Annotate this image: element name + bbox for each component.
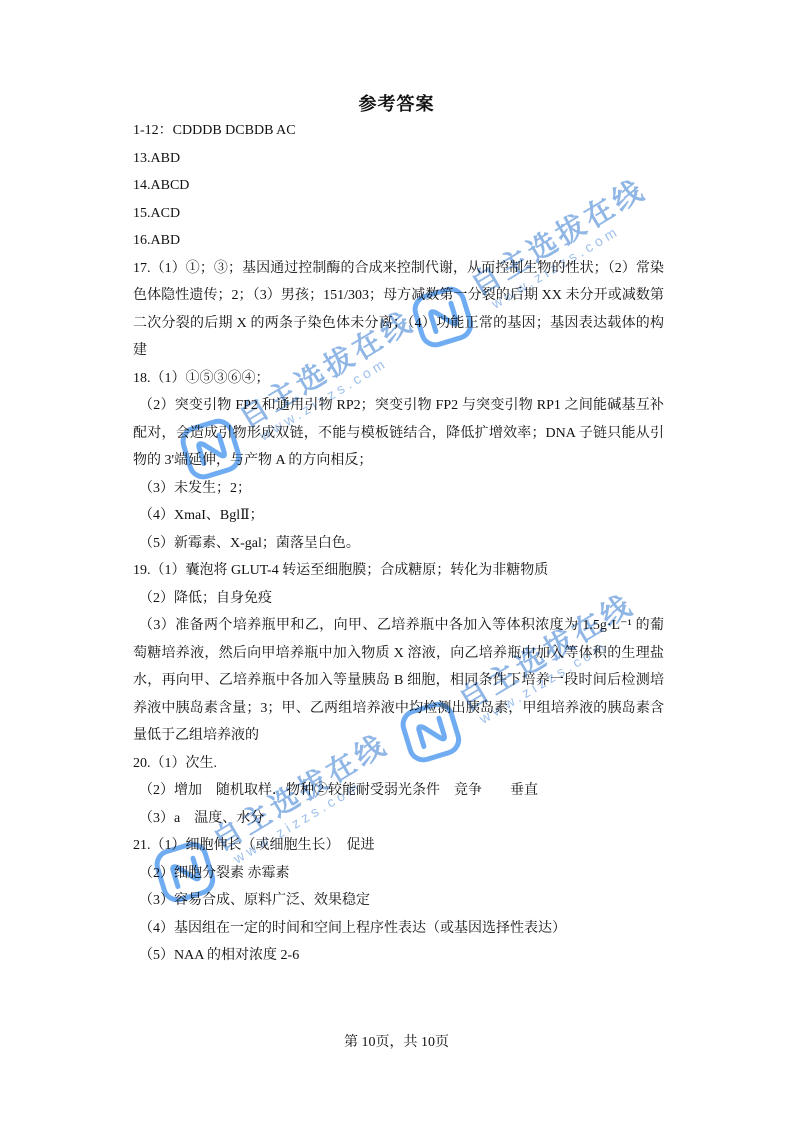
answer-key-page: 自主选拔在线 www.zizzs.com 自主选拔在线 www.zizzs.co… <box>0 0 793 1122</box>
answer-line: （3）a 温度、水分 <box>133 805 664 833</box>
answer-line: 19.（1）囊泡将 GLUT-4 转运至细胞膜；合成糖原；转化为非糖物质 <box>133 557 664 585</box>
answer-line: 15.ACD <box>133 200 664 228</box>
answer-line: （5）NAA 的相对浓度 2-6 <box>133 942 664 970</box>
answer-line: 21.（1）细胞伸长（或细胞生长） 促进 <box>133 832 664 860</box>
answer-line: 18.（1）①⑤③⑥④； <box>133 365 664 393</box>
answers-body: 1-12：CDDDB DCBDB AC13.ABD14.ABCD15.ACD16… <box>133 117 664 970</box>
answer-line: 20.（1）次生. <box>133 750 664 778</box>
answer-line: 13.ABD <box>133 145 664 173</box>
answer-line: （2）突变引物 FP2 和通用引物 RP2；突变引物 FP2 与突变引物 RP1… <box>133 392 664 475</box>
answer-line: 17.（1）①；③；基因通过控制酶的合成来控制代谢，从而控制生物的性状；（2）常… <box>133 255 664 365</box>
answer-line: 1-12：CDDDB DCBDB AC <box>133 117 664 145</box>
answer-line: （2）增加 随机取样．物种②较能耐受弱光条件 竞争 垂直 <box>133 777 664 805</box>
answer-line: （3）容易合成、原料广泛、效果稳定 <box>133 887 664 915</box>
answer-line: （2）降低；自身免疫 <box>133 585 664 613</box>
answer-line: （3）准备两个培养瓶甲和乙，向甲、乙培养瓶中各加入等体积浓度为 1.5g·L⁻¹… <box>133 612 664 750</box>
page-number: 第 10页，共 10页 <box>0 1031 793 1051</box>
answer-line: （4）XmaI、BglⅡ； <box>133 502 664 530</box>
answer-line: （4）基因组在一定的时间和空间上程序性表达（或基因选择性表达） <box>133 915 664 943</box>
page-title: 参考答案 <box>0 90 793 116</box>
answer-line: 16.ABD <box>133 227 664 255</box>
answer-line: （5）新霉素、X-gal；菌落呈白色。 <box>133 530 664 558</box>
answer-line: （3）未发生；2； <box>133 475 664 503</box>
answer-line: （2）细胞分裂素 赤霉素 <box>133 860 664 888</box>
answer-line: 14.ABCD <box>133 172 664 200</box>
